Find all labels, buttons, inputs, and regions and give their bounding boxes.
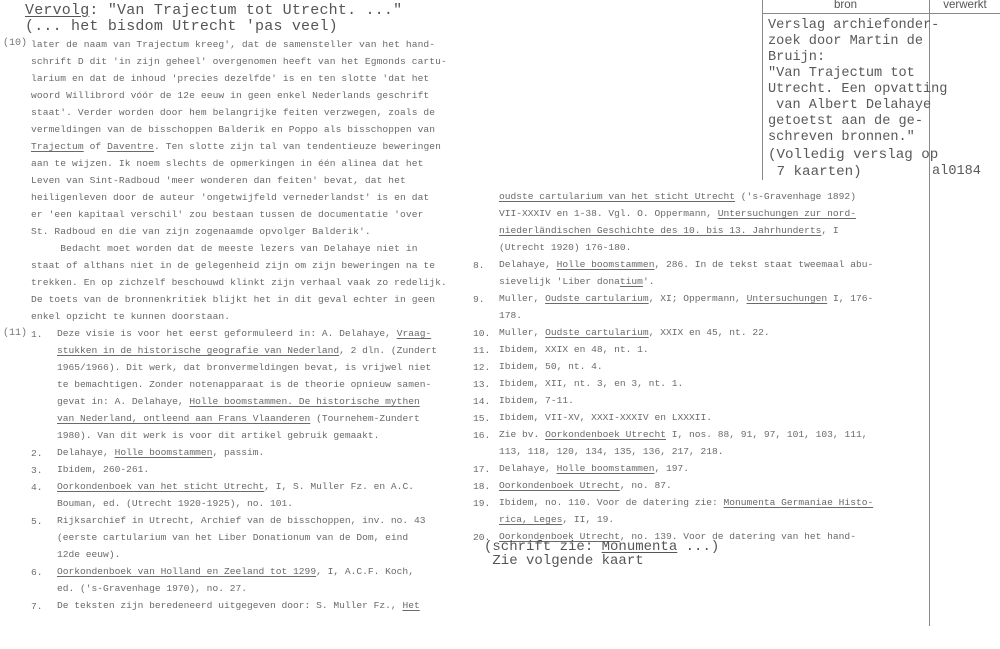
card-title: Vervolg: "Van Trajectum tot Utrecht. ...… — [25, 2, 402, 19]
header-divider — [762, 13, 1000, 14]
bron-line: 7 kaarten) — [768, 164, 862, 181]
paragraph-line: vermeldingen van de bisschoppen Balderik… — [31, 122, 435, 139]
paragraph-line: Bedacht moet worden dat de meeste lezers… — [31, 241, 418, 258]
title-label: Vervolg — [25, 2, 89, 19]
bron-line: getoetst aan de ge- — [768, 114, 923, 131]
bron-line: Utrecht. Een opvatting — [768, 82, 947, 99]
paragraph-line: enkel opzicht te kunnen doorstaan. — [31, 309, 230, 326]
bron-line: "Van Trajectum tot — [768, 66, 915, 83]
paragraph-line: De toets van de bronnenkritiek blijkt he… — [31, 292, 435, 309]
paragraph-line: later de naam van Trajectum kreeg', dat … — [31, 37, 435, 54]
paragraph-line: woord Willibrord vóór de 12e eeuw in gee… — [31, 88, 429, 105]
bron-line: zoek door Martin de — [768, 34, 923, 51]
paragraph-line: St. Radboud en die van zijn zogenaamde o… — [31, 224, 371, 241]
card-subtitle: (... het bisdom Utrecht 'pas veel) — [25, 18, 338, 35]
paragraph-line: schrift D dit 'in zijn geheel' overgenom… — [31, 54, 447, 71]
paragraph-line: trekken. En op zichzelf beschouwd klinkt… — [31, 275, 447, 292]
paragraph-line: Leven van Sint-Radboud 'meer wonderen da… — [31, 173, 406, 190]
column-header-verwerkt: verwerkt — [930, 0, 1000, 11]
page-marker-10: (10) — [3, 38, 27, 49]
bron-line: Bruijn: — [768, 50, 825, 67]
paragraph-line: larium en dat de inhoud 'precies dezelfd… — [31, 71, 429, 88]
paragraph-line: aan te wijzen. Ik noem slechts de opmerk… — [31, 156, 423, 173]
bron-left-rule — [762, 0, 763, 180]
bron-line: (Volledig verslag op — [768, 147, 938, 164]
verwerkt-code: al0184 — [932, 164, 981, 181]
bron-line: Verslag archiefonder- — [768, 18, 939, 35]
paragraph-line: staat of althans niet in de gelegenheid … — [31, 258, 435, 275]
column-header-bron: bron — [762, 0, 929, 11]
paragraph-line: heiligenleven door de auteur 'ongetwijfe… — [31, 190, 429, 207]
paragraph-line: er 'een kapitaal verschil' zou bestaan t… — [31, 207, 423, 224]
page-marker-11: (11) — [3, 328, 27, 339]
paragraph-line: Trajectum of Daventre. Ten slotte zijn t… — [31, 139, 441, 156]
bron-line: van Albert Delahaye — [768, 98, 931, 115]
paragraph-line: staat'. Verder worden door hem belangrij… — [31, 105, 435, 122]
title-text: : "Van Trajectum tot Utrecht. ..." — [89, 2, 402, 19]
bron-line: schreven bronnen." — [768, 130, 915, 147]
